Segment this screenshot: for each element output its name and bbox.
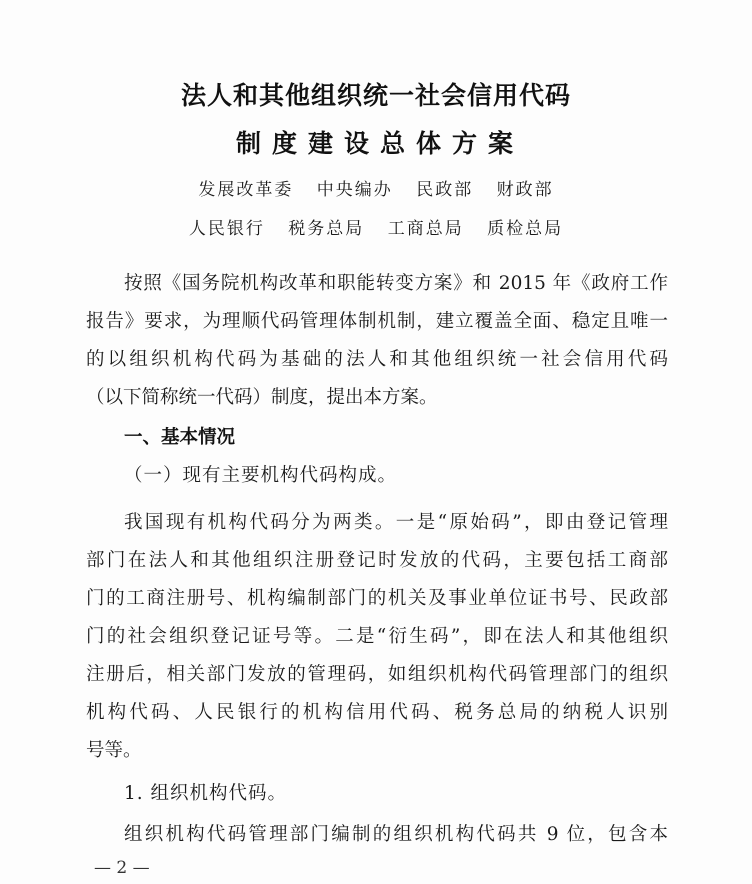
subsection-paragraph-line: 号等。 — [86, 739, 668, 763]
subsection-paragraph-line: 我国现有机构代码分为两类。一是“原始码”，即由登记管理 — [124, 511, 668, 535]
page-number: — 2 — — [94, 858, 150, 878]
intro-paragraph-line: 报告》要求，为理顺代码管理体制机制，建立覆盖全面、稳定且唯一 — [86, 310, 668, 334]
issuer-name: 发展改革委 — [198, 175, 293, 200]
intro-paragraph-line: 按照《国务院机构改革和职能转变方案》和 2015 年《政府工作 — [124, 272, 668, 296]
subsection-paragraph-line: 机构代码、人民银行的机构信用代码、税务总局的纳税人识别 — [86, 701, 668, 725]
issuer-name: 中央编办 — [317, 175, 393, 200]
issuer-name: 人民银行 — [189, 214, 265, 239]
item-paragraph-line: 组织机构代码管理部门编制的组织机构代码共 9 位，包含本 — [124, 823, 668, 847]
intro-paragraph-line: （以下简称统一代码）制度，提出本方案。 — [86, 386, 668, 410]
item-heading: 1. 组织机构代码。 — [124, 782, 287, 806]
document-title-line-2: 制度建设总体方案 — [0, 124, 752, 160]
issuer-name: 民政部 — [416, 175, 473, 200]
issuer-name: 财政部 — [497, 175, 554, 200]
issuer-name: 质检总局 — [487, 214, 563, 239]
subsection-paragraph-line: 门的社会组织登记证号等。二是“衍生码”，即在法人和其他组织 — [86, 625, 668, 649]
document-page: 法人和其他组织统一社会信用代码 制度建设总体方案 发展改革委 中央编办 民政部 … — [0, 0, 752, 884]
issuing-agencies-row-1: 发展改革委 中央编办 民政部 财政部 — [0, 175, 752, 200]
intro-paragraph-line: 的以组织机构代码为基础的法人和其他组织统一社会信用代码 — [86, 348, 668, 372]
issuer-name: 工商总局 — [388, 214, 464, 239]
issuer-name: 税务总局 — [288, 214, 364, 239]
subsection-heading: （一）现有主要机构代码构成。 — [124, 464, 397, 488]
issuing-agencies-row-2: 人民银行 税务总局 工商总局 质检总局 — [0, 214, 752, 239]
subsection-paragraph-line: 部门在法人和其他组织注册登记时发放的代码，主要包括工商部 — [86, 549, 668, 573]
subsection-paragraph-line: 门的工商注册号、机构编制部门的机关及事业单位证书号、民政部 — [86, 587, 668, 611]
document-title-line-1: 法人和其他组织统一社会信用代码 — [0, 76, 752, 112]
subsection-paragraph-line: 注册后，相关部门发放的管理码，如组织机构代码管理部门的组织 — [86, 663, 668, 687]
section-heading: 一、基本情况 — [124, 426, 235, 450]
